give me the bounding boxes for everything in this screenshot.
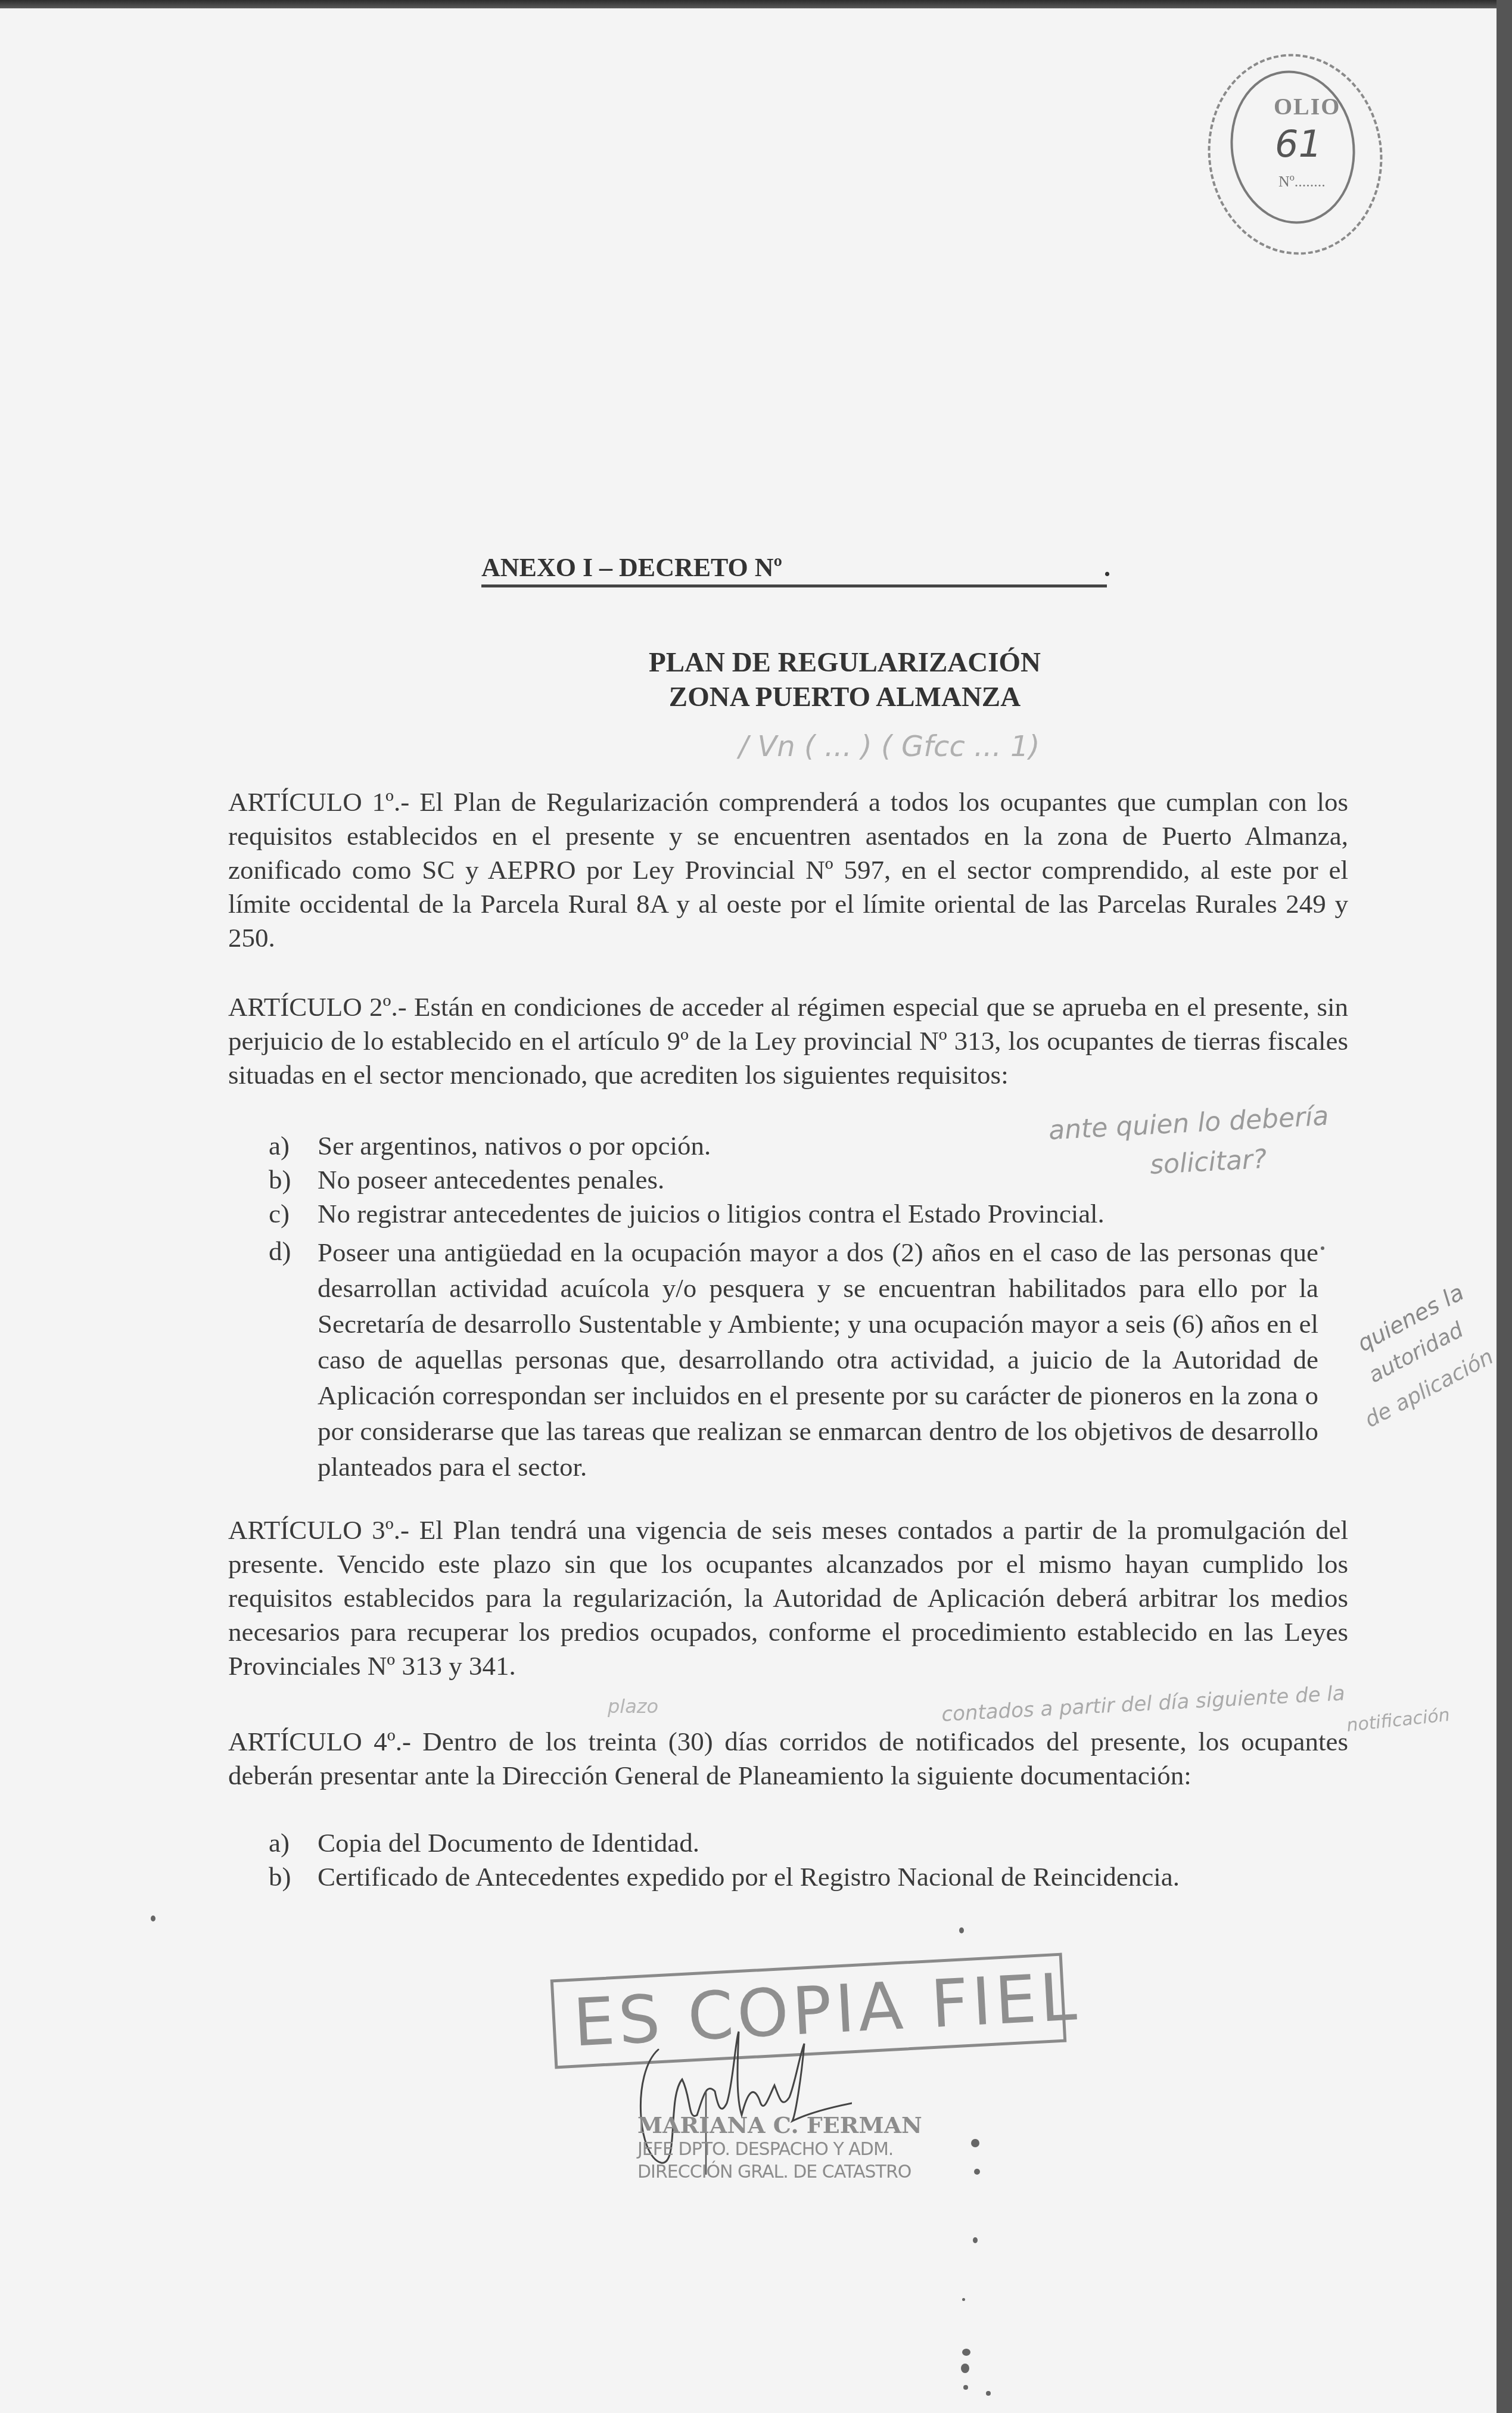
scan-speck	[959, 1927, 964, 1933]
scan-speck	[962, 2349, 970, 2356]
scan-speck	[961, 2364, 969, 2373]
scan-top-edge	[0, 0, 1512, 8]
list-text: Copia del Documento de Identidad.	[318, 1826, 1348, 1860]
plan-title-line1: PLAN DE REGULARIZACIÓN	[282, 645, 1408, 680]
scan-speck	[963, 2385, 968, 2390]
annex-title-text: ANEXO I – DECRETO Nº	[481, 553, 782, 582]
article-3: ARTÍCULO 3º.- El Plan tendrá una vigenci…	[228, 1513, 1348, 1683]
article-4: ARTÍCULO 4º.- Dentro de los treinta (30)…	[228, 1725, 1348, 1793]
list-marker: b)	[269, 1163, 318, 1197]
list-text: Certificado de Antecedentes expedido por…	[318, 1860, 1348, 1894]
folio-no-label: Nº........	[1278, 173, 1326, 191]
article-heading: ARTÍCULO 2º.-	[228, 992, 407, 1022]
scan-speck	[973, 2237, 978, 2243]
handwritten-note-above-art4-left: plazo	[608, 1695, 658, 1718]
list-marker: a)	[269, 1826, 318, 1860]
list-marker: c)	[269, 1197, 318, 1231]
folio-number: 61	[1275, 122, 1322, 166]
list-text: No registrar antecedentes de juicios o l…	[318, 1197, 1348, 1231]
signer-block: MARIANA C. FERMAN JEFE DPTO. DESPACHO Y …	[637, 2112, 922, 2184]
article-heading: ARTÍCULO 1º.-	[228, 787, 409, 817]
scan-speck	[971, 2139, 979, 2147]
folio-label: OLIO	[1274, 92, 1340, 120]
scan-speck	[1321, 1246, 1324, 1250]
list-item: c) No registrar antecedentes de juicios …	[269, 1197, 1348, 1231]
scan-right-edge	[1497, 0, 1512, 2413]
article-1: ARTÍCULO 1º.- El Plan de Regularización …	[228, 785, 1348, 955]
article-4-documents: a) Copia del Documento de Identidad. b) …	[269, 1826, 1348, 1894]
article-heading: ARTÍCULO 4º.-	[228, 1727, 411, 1756]
signer-role: JEFE DPTO. DESPACHO Y ADM.	[637, 2138, 922, 2161]
article-2: ARTÍCULO 2º.- Están en condiciones de ac…	[228, 990, 1348, 1092]
signer-name: MARIANA C. FERMAN	[637, 2112, 922, 2138]
list-item: a) Copia del Documento de Identidad.	[269, 1826, 1348, 1860]
scan-speck	[151, 1916, 155, 1921]
article-2-requirements: a) Ser argentinos, nativos o por opción.…	[269, 1129, 1348, 1485]
handwritten-note-art2-line2: solicitar?	[1149, 1144, 1268, 1180]
article-heading: ARTÍCULO 3º.-	[228, 1515, 409, 1545]
annex-title-dot: .	[1104, 551, 1110, 584]
list-marker: a)	[269, 1129, 318, 1163]
signer-department: DIRECCIÓN GRAL. DE CATASTRO	[637, 2161, 922, 2184]
plan-title-line2: ZONA PUERTO ALMANZA	[282, 679, 1408, 715]
list-marker: b)	[269, 1860, 318, 1894]
list-marker: d)	[269, 1235, 318, 1485]
list-item: b) Certificado de Antecedentes expedido …	[269, 1860, 1348, 1894]
list-item: d) Poseer una antigüedad en la ocupación…	[269, 1235, 1348, 1485]
handwritten-note-under-title: / Vn ( ... ) ( Gfcc ... 1)	[739, 730, 1040, 763]
scan-speck	[962, 2298, 965, 2301]
folio-stamp: OLIO 61 Nº........	[1208, 54, 1381, 250]
list-text: Poseer una antigüedad en la ocupación ma…	[318, 1235, 1318, 1485]
annex-title: ANEXO I – DECRETO Nº .	[481, 551, 1107, 587]
scan-speck	[974, 2169, 980, 2175]
scan-speck	[986, 2391, 991, 2396]
